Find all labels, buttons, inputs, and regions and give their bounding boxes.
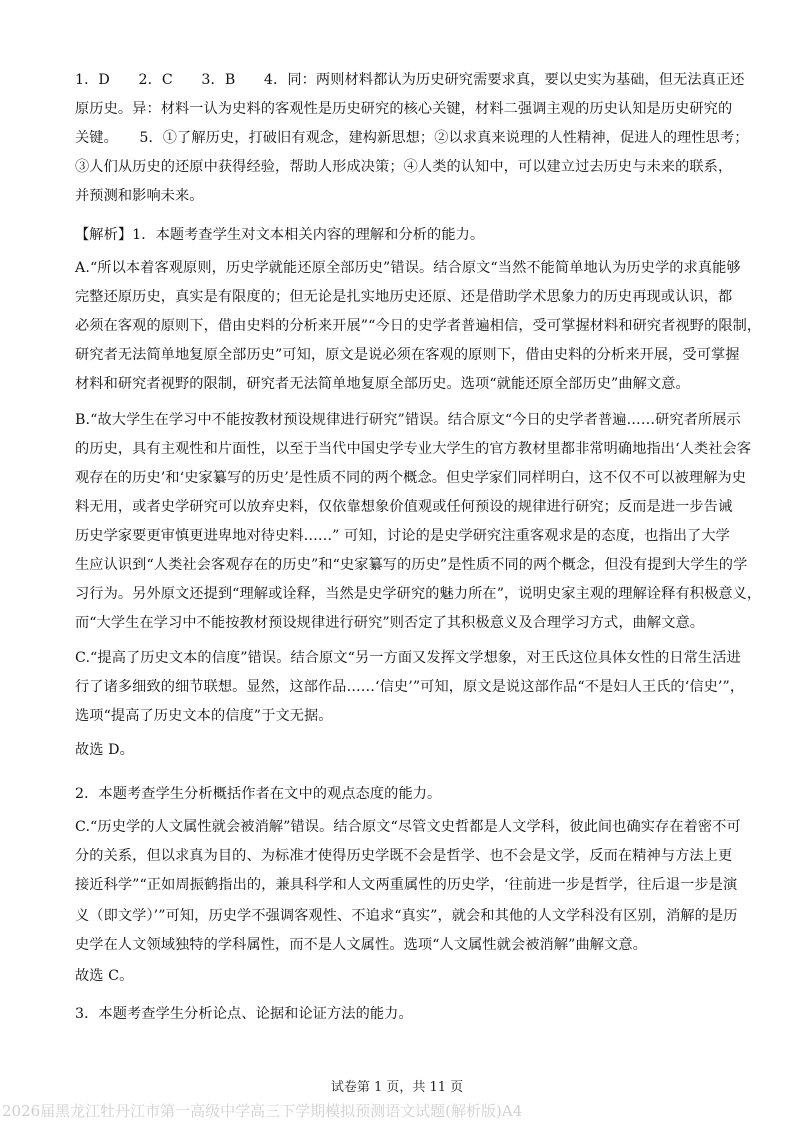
analysis-line: 历史学家要更审慎更进卑地对待史料……” 可知，讨论的是史学研究注重客观求是的态度… <box>75 526 725 546</box>
analysis-line: 必须在客观的原则下，借由史料的分析来开展”“今日的史学者普遍相信，受可掌握材料和… <box>75 316 725 336</box>
analysis-line: 习行为。另外原文还提到“理解或诠释，当然是史学研究的魅力所在”，说明史家主观的理… <box>75 584 725 604</box>
analysis-heading: 【解析】1．本题考查学生对文本相关内容的理解和分析的能力。 <box>75 225 725 245</box>
analysis-line: B.“故大学生在学习中不能按教材预设规律进行研究”错误。结合原文“今日的史学者普… <box>75 410 725 430</box>
analysis-line: 料无用，或者史学研究可以放弃史料，仅依靠想象价值观或任何预设的规律进行研究；反而… <box>75 497 725 517</box>
conclusion-line: 故选 C。 <box>75 966 725 986</box>
analysis-line: A.“所以本着客观原则，历史学就能还原全部历史”错误。结合原文“当然不能简单地认… <box>75 258 725 278</box>
analysis-line: 义（即文学）’”可知，历史学不强调客观性、不追求“真实”，就会和其他的人文学科没… <box>75 906 725 926</box>
analysis-line: 材料和研究者视野的限制，研究者无法简单地复原全部历史。选项“就能还原全部历史”曲… <box>75 374 725 394</box>
answer-line: 关键。 5．①了解历史，打破旧有观念，建构新思想；②以求真来说理的人性精神，促进… <box>75 128 725 148</box>
analysis-line: 研究者无法简单地复原全部历史”可知，原文是说必须在客观的原则下，借由史料的分析来… <box>75 345 725 365</box>
analysis-line: C.“提高了历史文本的信度”错误。结合原文“另一方面又发挥文学想象，对王氏这位具… <box>75 648 725 668</box>
answer-line: 1．D 2．C 3．B 4．同：两则材料都认为历史研究需要求真，要以史实为基础，… <box>75 70 725 90</box>
analysis-line: 行了诸多细致的细节联想。显然，这部作品……‘信史’”可知，原文是说这部作品“不是… <box>75 677 725 697</box>
analysis-line: 完整还原历史，真实是有限度的；但无论是扎实地历史还原、还是借助学术思象力的历史再… <box>75 287 725 307</box>
analysis-line: 选项“提高了历史文本的信度”于文无据。 <box>75 706 725 726</box>
analysis-line: 接近科学”“正如周振鹤指出的，兼具科学和人文两重属性的历史学，‘往前进一步是哲学… <box>75 875 725 895</box>
page-number: 试卷第 1 页，共 11 页 <box>0 1076 794 1095</box>
document-watermark: 2026届黑龙江牡丹江市第一高级中学高三下学期模拟预测语文试题(解析版)A4 <box>2 1100 522 1121</box>
answer-line: 原历史。异：材料一认为史料的客观性是历史研究的核心关键，材料二强调主观的历史认知… <box>75 99 725 119</box>
answer-line: 并预测和影响未来。 <box>75 186 725 206</box>
analysis-line: 而“大学生在学习中不能按教材预设规律进行研究”则否定了其积极意义及合理学习方式，… <box>75 613 725 633</box>
analysis-heading: 3．本题考查学生分析论点、论据和论证方法的能力。 <box>75 1004 725 1024</box>
analysis-line: 分的关系，但以求真为目的、为标准才使得历史学既不会是哲学、也不会是文学，反而在精… <box>75 846 725 866</box>
document-page: 1．D 2．C 3．B 4．同：两则材料都认为历史研究需要求真，要以史实为基础，… <box>0 0 794 1123</box>
conclusion-line: 故选 D。 <box>75 740 725 760</box>
analysis-line: 观存在的历史’和‘史家纂写的历史’是性质不同的两个概念。但史学家们同样明白，这不… <box>75 468 725 488</box>
analysis-line: C.“历史学的人文属性就会被消解”错误。结合原文“尽管文史哲都是人文学科，彼此间… <box>75 817 725 837</box>
answer-line: ③人们从历史的还原中获得经验，帮助人形成决策；④人类的认知中，可以建立过去历史与… <box>75 157 725 177</box>
analysis-line: 的历史，具有主观性和片面性，以至于当代中国史学专业大学生的官方教材里都非常明确地… <box>75 439 725 459</box>
analysis-line: 生应认识到“人类社会客观存在的历史”和“史家纂写的历史”是性质不同的两个概念，但… <box>75 555 725 575</box>
analysis-heading: 2．本题考查学生分析概括作者在文中的观点态度的能力。 <box>75 784 725 804</box>
analysis-line: 史学在人文领域独特的学科属性，而不是人文属性。选项“人文属性就会被消解”曲解文意… <box>75 935 725 955</box>
